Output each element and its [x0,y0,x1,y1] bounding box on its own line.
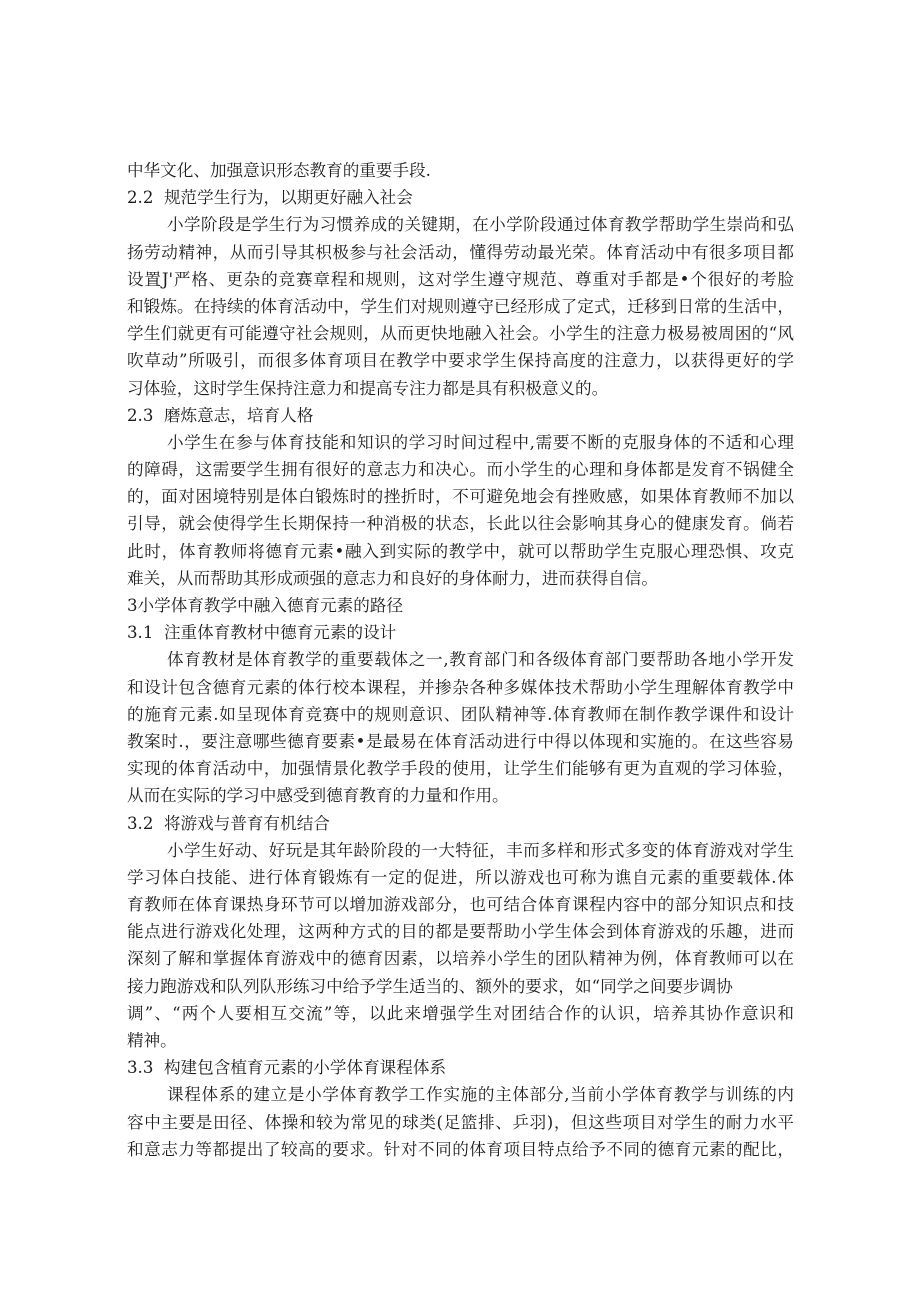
body-line: 吹草动”所吸引，而很多体育项目在教学中要求学生保持高度的注意力，以获得更好的学 [127,347,794,374]
body-line: 调”、“两个人要相互交流”等，以此来增强学生对团结合作的认识，培养其协作意识和 [127,1000,794,1027]
body-line: 设置J'严格、更杂的竞赛章程和规则，这对学生遵守规范、尊重对手都是•个很好的考脸 [127,266,794,293]
paragraph-start-line: 课程体系的建立是小学体育教学工作实施的主体部分,当前小学体育教学与训练的内 [127,1081,794,1108]
body-line: 育教师在体育课热身环节可以增加游戏部分，也可结合体育课程内容中的部分知识点和技 [127,891,794,918]
body-line: 的障碍，这需要学生拥有很好的意志力和决心。而小学生的心理和身体都是发育不锅健全 [127,456,794,483]
section-heading: 3.2 将游戏与普育有机结合 [127,810,794,837]
body-line: 的，面对困境特别是体白锻炼时的挫折时，不可避免地会有挫败感，如果体育教师不加以 [127,483,794,510]
paragraph-end-line: 难关，从而帮助其形成顽强的意志力和良好的身体耐力，进而获得自信。 [127,565,794,592]
body-line: 实现的体育活动中，加强情景化教学手段的使用，让学生们能够有更为直观的学习体验， [127,755,794,782]
section-heading: 3小学体育教学中融入德育元素的路径 [127,592,794,619]
body-line: 深刻了解和掌握体育游戏中的德育因素，以培养小学生的团队精神为例，体育教师可以在 [127,945,794,972]
body-line: 的施育元素.如呈现体育竞赛中的规则意识、团队精神等.体育教师在制作教学课件和设计 [127,701,794,728]
section-heading: 2.2 规范学生行为，以期更好融入社会 [127,184,794,211]
body-line: 学习体白技能、进行体育锻炼有一定的促进，所以游戏也可称为谯自元素的重要载体.体 [127,864,794,891]
body-line: 和设计包含德育元素的体行校本课程，并掺杂各种多媒体技术帮助小学生理解体育教学中 [127,674,794,701]
paragraph-start-line: 体育教材是体育教学的重要载体之一,教育部门和各级体育部门要帮助各地小学开发 [127,646,794,673]
body-line: 和锻炼。在持续的体育活动中，学生们对规则遵守已经形成了定式，迁移到日常的生活中， [127,293,794,320]
section-heading: 2.3 磨炼意志，培育人格 [127,402,794,429]
body-line: 引导，就会使得学生长期保持一种消极的状态，长此以往会影响其身心的健康发育。倘若 [127,510,794,537]
body-line: 和意志力等都提出了较高的要求。针对不同的体育项目特点给予不同的德育元素的配比， [127,1136,794,1163]
paragraph-start-line: 小学生在参与体育技能和知识的学习时间过程中,需要不断的克服身体的不适和心理 [127,429,794,456]
paragraph-start-line: 小学生好动、好玩是其年龄阶段的一大特征，丰而多样和形式多变的体育游戏对学生 [127,837,794,864]
body-line: 学生们就更有可能遵守社会规则，从而更快地融入社会。小学生的注意力极易被周困的“风 [127,320,794,347]
body-line: 此时，体育教师将德育元素•融入到实际的教学中，就可以帮助学生克服心理恐惧、攻克 [127,538,794,565]
body-line: 容中主要是田径、体操和较为常见的球类(足篮排、乒羽)，但这些项目对学生的耐力水平 [127,1109,794,1136]
body-line: 能点进行游戏化处理，这两种方式的目的都是要帮助小学生体会到体育游戏的乐趣，进而 [127,918,794,945]
document-body: 中华文化、加强意识形态教育的重要手段.2.2 规范学生行为，以期更好融入社会小学… [127,157,794,1163]
paragraph-end-line: 精神。 [127,1027,794,1054]
section-heading: 3.3 构建包含植育元素的小学体育课程体系 [127,1054,794,1081]
body-line: 扬劳动精神，从而引导其枳极参与社会活动，懂得劳动最光荣。体育活动中有很多项目都 [127,239,794,266]
paragraph-end-line: 中华文化、加强意识形态教育的重要手段. [127,157,794,184]
section-heading: 3.1 注重体育教材中德育元素的设计 [127,619,794,646]
body-line: 接力跑游戏和队列队形练习中给予学生适当的、额外的要求，如“同学之间要步调协 [127,973,794,1000]
body-line: 教案时.，要注意哪些德育要素•是最易在体育活动进行中得以体现和实施的。在这些容易 [127,728,794,755]
paragraph-start-line: 小学阶段是学生行为习惯养成的关键期，在小学阶段通过体育教学帮助学生崇尚和弘 [127,211,794,238]
paragraph-end-line: 习体验，这时学生保持注意力和提高专注力都是具有积极意义的。 [127,375,794,402]
paragraph-end-line: 从而在实际的学习中感受到德育教育的力量和作用。 [127,782,794,809]
